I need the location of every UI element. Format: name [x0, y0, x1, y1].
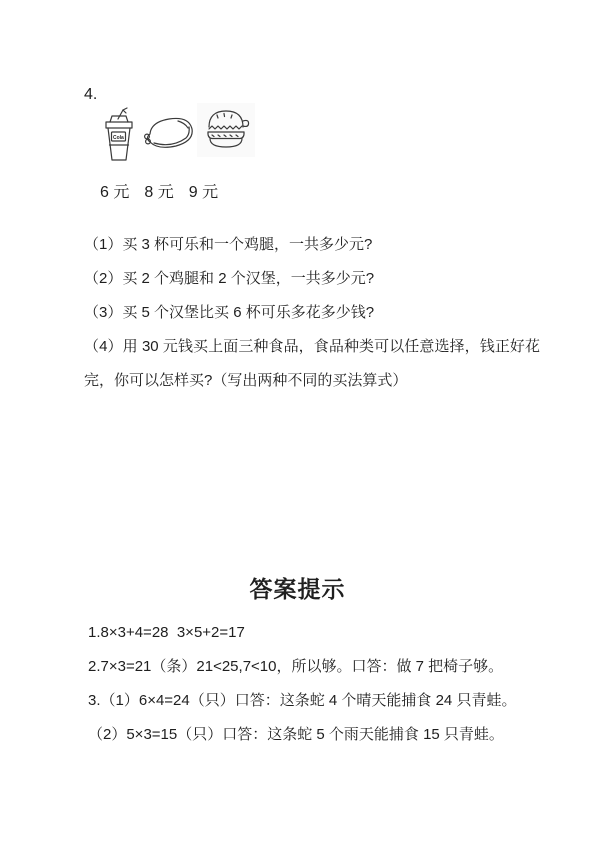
- price-hamburger: 9 元: [189, 183, 218, 203]
- answer-line-3: 3.（1）6×4=24（只）口答：这条蛇 4 个晴天能捕食 24 只青蛙。: [88, 684, 558, 718]
- cola-cup-icon: Cola: [100, 106, 138, 164]
- answers-heading: 答案提示: [0, 572, 595, 606]
- question-item-4: （4）用 30 元钱买上面三种食品，食品种类可以任意选择，钱正好花完，你可以怎样…: [84, 330, 540, 398]
- question-item-1: （1）买 3 杯可乐和一个鸡腿，一共多少元?: [84, 228, 540, 262]
- price-row: 6 元 8 元 9 元: [100, 183, 218, 203]
- answer-list: 1.8×3+4=28 3×5+2=17 2.7×3=21（条）21<25,7<1…: [88, 616, 558, 752]
- answer-line-2: 2.7×3=21（条）21<25,7<10，所以够。口答：做 7 把椅子够。: [88, 650, 558, 684]
- answer-line-1: 1.8×3+4=28 3×5+2=17: [88, 616, 558, 650]
- chicken-leg-icon: [142, 114, 196, 154]
- question-list: （1）买 3 杯可乐和一个鸡腿，一共多少元? （2）买 2 个鸡腿和 2 个汉堡…: [84, 228, 540, 398]
- question-number: 4.: [84, 86, 97, 104]
- question-item-2: （2）买 2 个鸡腿和 2 个汉堡，一共多少元?: [84, 262, 540, 296]
- worksheet-page: 4. Cola: [0, 0, 595, 842]
- question-item-3: （3）买 5 个汉堡比买 6 杯可乐多花多少钱?: [84, 296, 540, 330]
- hamburger-icon: [197, 103, 255, 157]
- price-cola: 6 元: [100, 183, 129, 203]
- price-chicken-leg: 8 元: [144, 183, 173, 203]
- cola-label: Cola: [113, 135, 124, 141]
- answer-line-4: （2）5×3=15（只）口答：这条蛇 5 个雨天能捕食 15 只青蛙。: [88, 718, 558, 752]
